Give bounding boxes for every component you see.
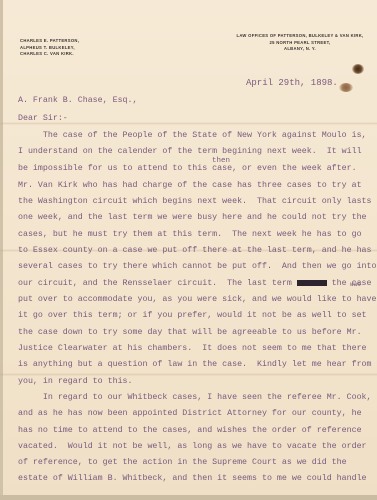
body-line: of reference, to get the action in the S… xyxy=(18,458,347,467)
partner-name: CHARLES C. VAN KIRK. xyxy=(20,51,79,58)
body-line: one week, and the last term we were busy… xyxy=(18,213,367,222)
body-line: I understand on the calender of the term… xyxy=(18,147,362,156)
body-line: and as he has now been appointed Distric… xyxy=(18,409,362,418)
body-line: be impossible for us to attend to this c… xyxy=(18,164,357,173)
recipient: A. Frank B. Chase, Esq., xyxy=(18,96,138,105)
body-line: In regard to our Whitbeck cases, I have … xyxy=(18,393,372,402)
body-line: is anything but a question of law in the… xyxy=(18,360,372,369)
body-line: it go over this term; or if you prefer, … xyxy=(18,311,367,320)
body-line: cases, but he must try them at this term… xyxy=(18,230,362,239)
ink-stain xyxy=(352,64,364,74)
body-line: The case of the People of the State of N… xyxy=(18,131,367,140)
body-line: the Washington circuit which begins next… xyxy=(18,197,372,206)
body-line: Mr. Van Kirk who has had charge of the c… xyxy=(18,181,362,190)
body-line: has no time to attend to the cases, and … xyxy=(18,426,362,435)
body-line: several cases to try there which cannot … xyxy=(18,262,376,271)
ink-stain xyxy=(339,83,353,92)
body-line: our circuit, and the Rensselaer circuit.… xyxy=(18,279,372,288)
body-line: vacated. Would it not be well, as long a… xyxy=(18,442,367,451)
body-line: the case down to try some day that will … xyxy=(18,328,362,337)
body-text: The case of the People of the State of N… xyxy=(18,131,367,140)
body-line: you, in regard to this. xyxy=(18,377,133,386)
body-line: to Essex county on a case we put off the… xyxy=(18,246,372,255)
paper-edge-bottom xyxy=(0,495,377,500)
letterhead-partners: CHARLES E. PATTERSON, ALPHEUS T. BULKELE… xyxy=(20,38,79,58)
body-line: put over to accommodate you, as you were… xyxy=(18,295,376,304)
salutation: Dear Sir:- xyxy=(18,114,68,123)
body-line: estate of William B. Whitbeck, and then … xyxy=(18,474,367,483)
struck-out-word: xxxxxx xyxy=(297,280,327,286)
firm-name: LAW OFFICES OF PATTERSON, BULKELEY & VAN… xyxy=(225,33,375,40)
firm-city: ALBANY, N. Y. xyxy=(225,46,375,53)
letter-date: April 29th, 1898. xyxy=(246,78,338,88)
paper-fold-lower xyxy=(0,373,377,376)
body-text: our circuit, and the Rensselaer circuit.… xyxy=(18,279,292,288)
interlinear-insertion: was xyxy=(350,281,361,288)
body-line: Justice Clearwater at his chambers. It d… xyxy=(18,344,367,353)
partner-name: CHARLES E. PATTERSON, xyxy=(20,38,79,45)
letterhead-firm: LAW OFFICES OF PATTERSON, BULKELEY & VAN… xyxy=(225,33,375,53)
letter-page: CHARLES E. PATTERSON, ALPHEUS T. BULKELE… xyxy=(0,0,377,500)
